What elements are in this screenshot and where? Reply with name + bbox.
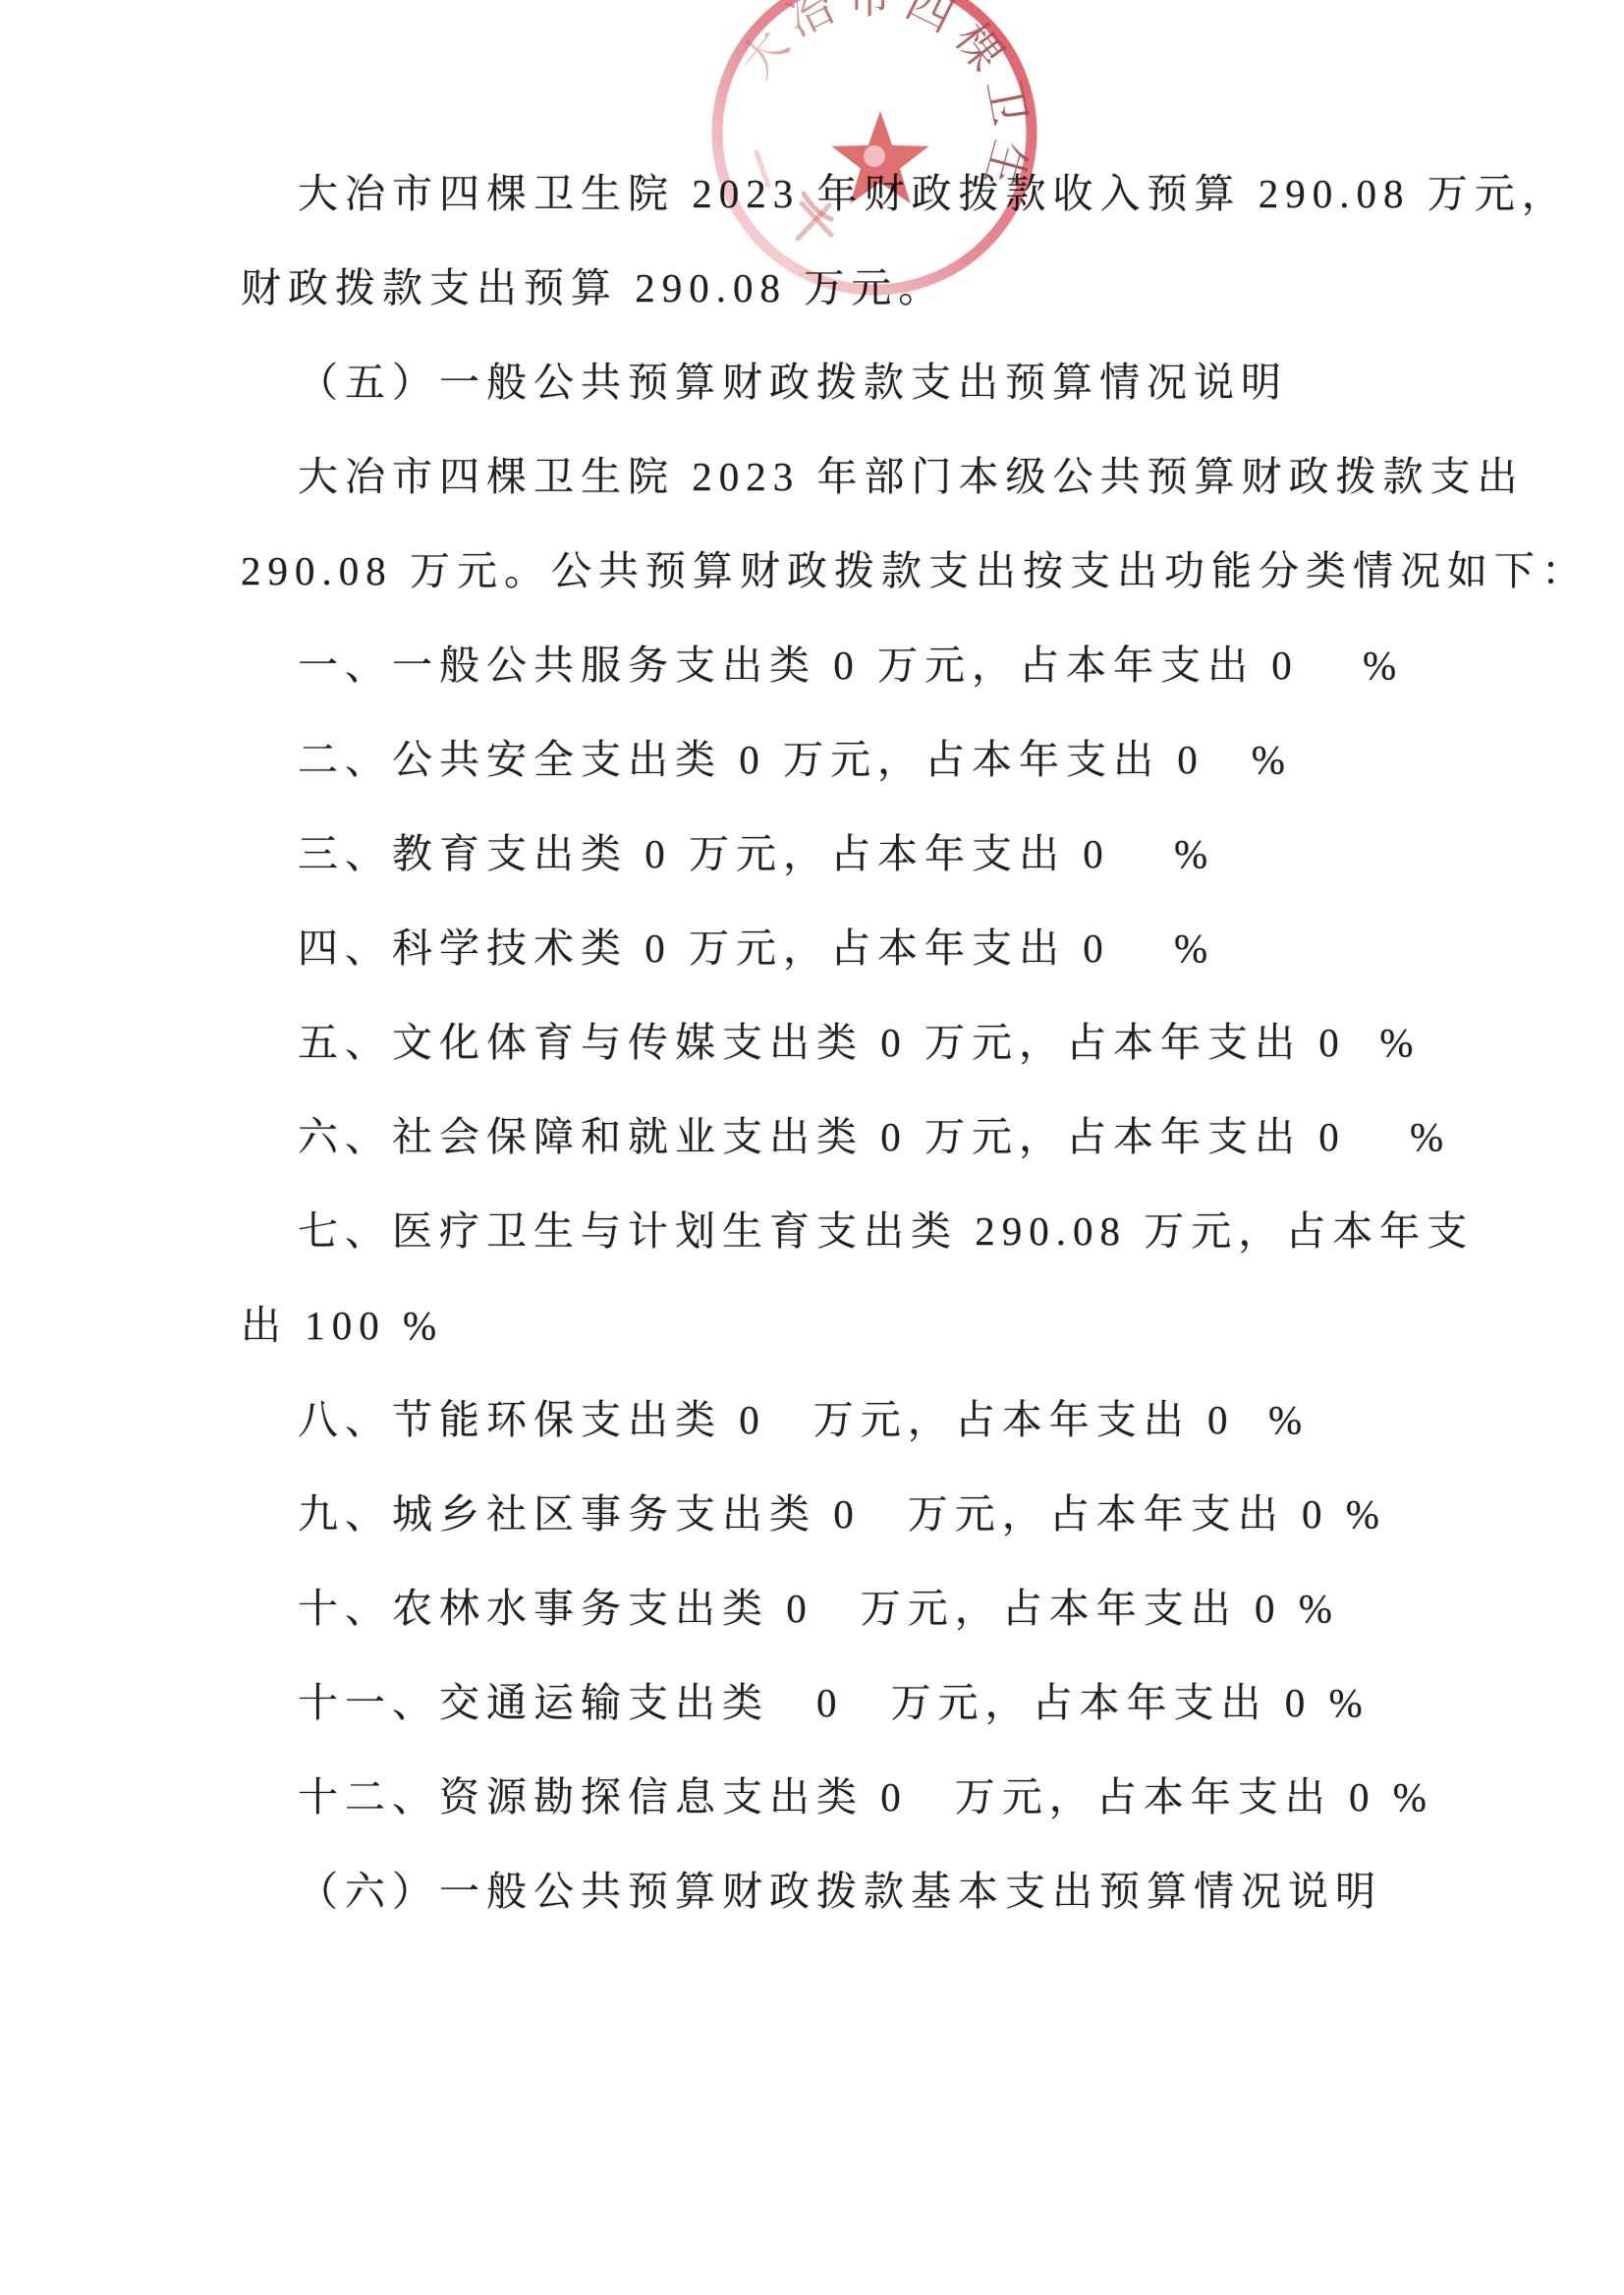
text-line: （六）一般公共预算财政拨款基本支出预算情况说明 [241,1844,1547,1938]
text-line: （五）一般公共预算财政拨款支出预算情况说明 [241,335,1547,429]
text-line: 八、节能环保支出类 0 万元，占本年支出 0 % [241,1372,1547,1467]
text-line: 大冶市四棵卫生院 2023 年财政拨款收入预算 290.08 万元， [241,146,1547,241]
text-line: 五、文化体育与传媒支出类 0 万元，占本年支出 0 % [241,995,1547,1090]
text-line: 十一、交通运输支出类 0 万元，占本年支出 0 % [241,1655,1547,1750]
text-line: 财政拨款支出预算 290.08 万元。 [241,241,1547,335]
document-body: 大冶市四棵卫生院 2023 年财政拨款收入预算 290.08 万元，财政拨款支出… [241,146,1547,1938]
text-line: 十二、资源勘探信息支出类 0 万元，占本年支出 0 % [241,1750,1547,1844]
text-line: 出 100 % [241,1278,1547,1372]
text-line: 六、社会保障和就业支出类 0 万元，占本年支出 0 % [241,1090,1547,1184]
text-line: 二、公共安全支出类 0 万元，占本年支出 0 % [241,712,1547,807]
text-line: 290.08 万元。公共预算财政拨款支出按支出功能分类情况如下： [241,524,1547,618]
text-line: 七、医疗卫生与计划生育支出类 290.08 万元，占本年支 [241,1184,1547,1278]
text-line: 十、农林水事务支出类 0 万元，占本年支出 0 % [241,1561,1547,1655]
text-line: 一、一般公共服务支出类 0 万元，占本年支出 0 % [241,618,1547,712]
scanned-document-page: 大冶市四棵卫生院 2023 年财政拨款收入预算 290.08 万元，财政拨款支出… [0,0,1624,2295]
text-line: 三、教育支出类 0 万元，占本年支出 0 % [241,807,1547,901]
text-line: 大冶市四棵卫生院 2023 年部门本级公共预算财政拨款支出 [241,429,1547,524]
text-line: 四、科学技术类 0 万元，占本年支出 0 % [241,901,1547,995]
text-line: 九、城乡社区事务支出类 0 万元，占本年支出 0 % [241,1467,1547,1561]
